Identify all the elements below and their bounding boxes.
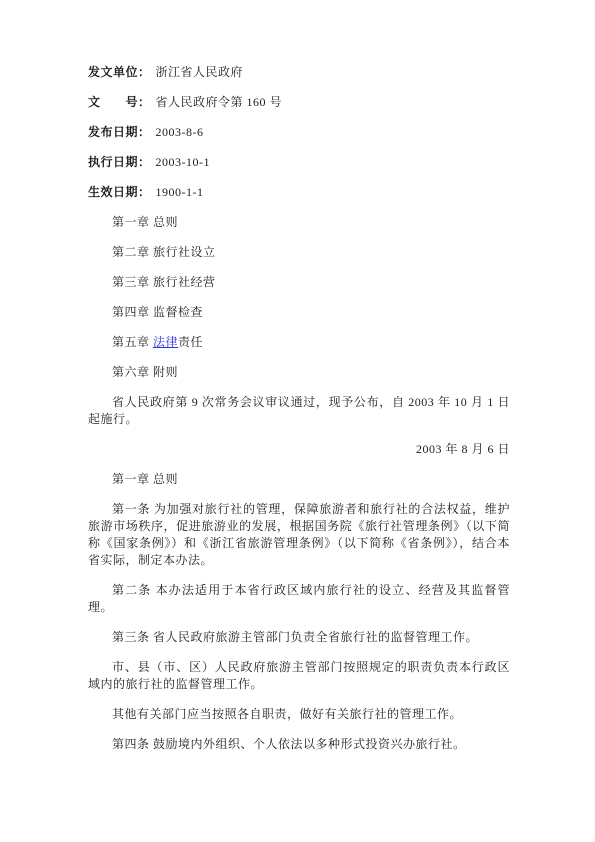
toc-item-chapter-6: 第六章 附则 [88, 364, 510, 381]
meta-row: 文 号：省人民政府令第 160 号 [88, 94, 510, 111]
toc-item-chapter-2: 第二章 旅行社设立 [88, 244, 510, 261]
meta-row: 发文单位：浙江省人民政府 [88, 64, 510, 81]
publish-date-line: 2003 年 8 月 6 日 [88, 441, 510, 458]
chapter-heading: 第一章 总则 [88, 471, 510, 488]
article-paragraph-5: 其他有关部门应当按照各自职责，做好有关旅行社的管理工作。 [88, 706, 510, 723]
meta-value: 省人民政府令第 160 号 [156, 95, 283, 109]
document-meta: 发文单位：浙江省人民政府 文 号：省人民政府令第 160 号 发布日期：2003… [88, 64, 510, 201]
table-of-contents: 第一章 总则 第二章 旅行社设立 第三章 旅行社经营 第四章 监督检查 第五章 … [88, 214, 510, 381]
toc-item-chapter-4: 第四章 监督检查 [88, 304, 510, 321]
article-paragraph-2: 第二条 本办法适用于本省行政区域内旅行社的设立、经营及其监督管理。 [88, 582, 510, 616]
meta-label: 文 号： [88, 95, 151, 109]
meta-value: 2003-8-6 [156, 125, 204, 139]
document-body: 省人民政府第 9 次常务会议审议通过，现予公布，自 2003 年 10 月 1 … [88, 394, 510, 753]
meta-value: 2003-10-1 [156, 155, 211, 169]
toc-item-text-before: 第五章 [112, 335, 153, 349]
meta-row: 发布日期：2003-8-6 [88, 124, 510, 141]
toc-item-chapter-1: 第一章 总则 [88, 214, 510, 231]
article-paragraph-1: 第一条 为加强对旅行社的管理，保障旅游者和旅行社的合法权益，维护旅游市场秩序，促… [88, 501, 510, 569]
toc-item-text-after: 责任 [178, 335, 203, 349]
meta-row: 执行日期：2003-10-1 [88, 154, 510, 171]
article-paragraph-4: 市、县（市、区）人民政府旅游主管部门按照规定的职责负责本行政区域内的旅行社的监督… [88, 659, 510, 693]
document-page: 发文单位：浙江省人民政府 文 号：省人民政府令第 160 号 发布日期：2003… [0, 0, 595, 842]
meta-label: 生效日期： [88, 185, 151, 199]
meta-value: 1900-1-1 [156, 185, 204, 199]
meta-row: 生效日期：1900-1-1 [88, 184, 510, 201]
promulgation-paragraph: 省人民政府第 9 次常务会议审议通过，现予公布，自 2003 年 10 月 1 … [88, 394, 510, 428]
meta-label: 发文单位： [88, 65, 151, 79]
meta-label: 执行日期： [88, 155, 151, 169]
meta-value: 浙江省人民政府 [156, 65, 244, 79]
article-paragraph-3: 第三条 省人民政府旅游主管部门负责全省旅行社的监督管理工作。 [88, 629, 510, 646]
toc-item-chapter-5: 第五章 法律责任 [88, 334, 510, 351]
law-link[interactable]: 法律 [153, 335, 178, 349]
article-paragraph-6: 第四条 鼓励境内外组织、个人依法以多种形式投资兴办旅行社。 [88, 736, 510, 753]
toc-item-chapter-3: 第三章 旅行社经营 [88, 274, 510, 291]
meta-label: 发布日期： [88, 125, 151, 139]
